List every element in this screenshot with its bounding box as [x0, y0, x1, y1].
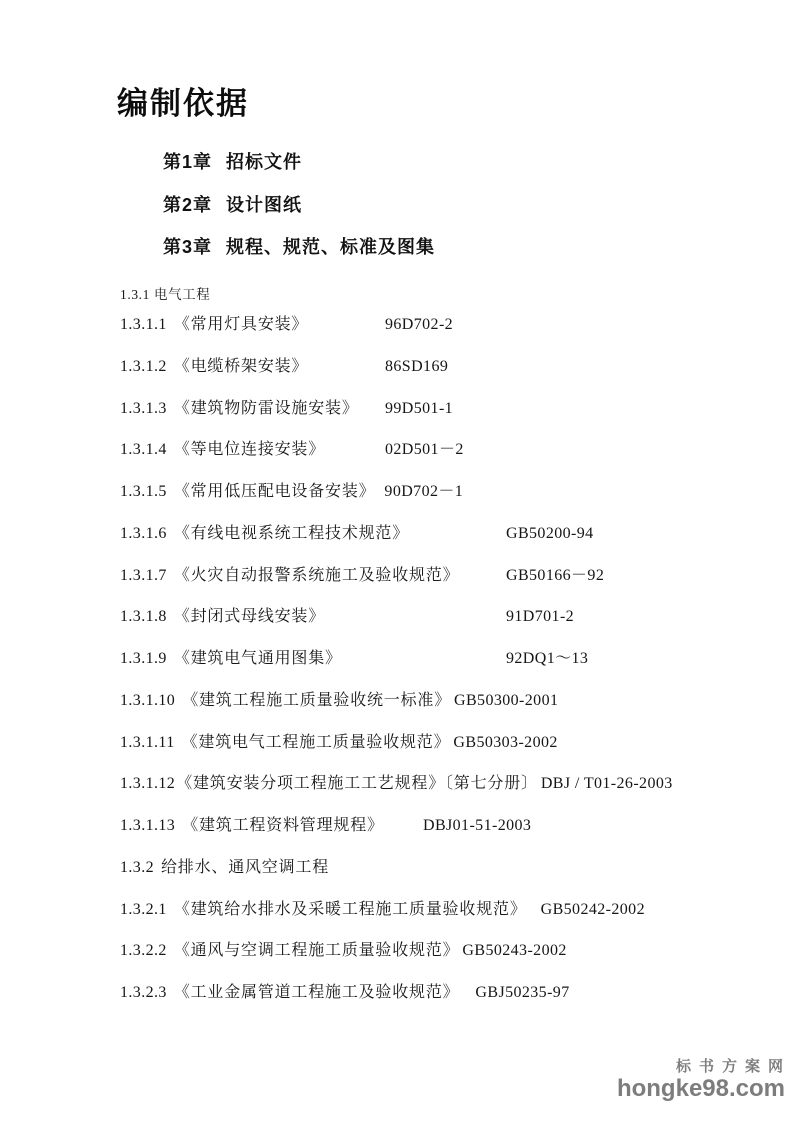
standard-number: 1.3.1.3 [120, 400, 167, 417]
standard-name: 《通风与空调工程施工质量验收规范》 [174, 942, 460, 959]
chapter-number: 第2章 [163, 195, 212, 215]
standard-code: 92DQ1～13 [506, 638, 588, 680]
standard-line: 1.3.1.11《建筑电气工程施工质量验收规范》GB50303-2002 [120, 722, 780, 764]
standard-name: 《等电位连接安装》 [174, 441, 325, 458]
standard-number: 1.3.1.5 [120, 483, 167, 500]
standard-name: 《火灾自动报警系统施工及验收规范》 [174, 567, 460, 584]
standard-code: GB50200-94 [506, 513, 594, 555]
standard-number: 1.3.2.3 [120, 984, 167, 1001]
section-number: 1.3.2 [120, 859, 154, 876]
standard-number: 1.3.1.9 [120, 650, 167, 667]
standard-line: 1.3.1.8《封闭式母线安装》91D701-2 [120, 596, 780, 638]
chapter-heading-1: 第1章招标文件 [163, 141, 435, 184]
standard-name: 《有线电视系统工程技术规范》 [174, 525, 409, 542]
standard-line: 1.3.1.6《有线电视系统工程技术规范》GB50200-94 [120, 513, 780, 555]
standard-name: 《建筑工程资料管理规程》 [182, 817, 384, 834]
chapter-title: 规程、规范、标准及图集 [226, 237, 435, 257]
standard-name: 《建筑工程施工质量验收统一标准》 [182, 692, 451, 709]
standard-line: 1.3.1.1《常用灯具安装》96D702-2 [120, 304, 780, 346]
watermark: 标书方案网 hongke98.com [617, 1059, 785, 1101]
standard-line: 1.3.1.2《电缆桥架安装》86SD169 [120, 346, 780, 388]
standard-line: 1.3.1.13《建筑工程资料管理规程》DBJ01-51-2003 [120, 805, 780, 847]
standard-number: 1.3.1.7 [120, 567, 167, 584]
standard-code: GB50242-2002 [541, 901, 645, 918]
standard-number: 1.3.1.8 [120, 608, 167, 625]
section-heading-plumbing-hvac: 1.3.2给排水、通风空调工程 [120, 847, 780, 889]
standards-list: 1.3.1.1《常用灯具安装》96D702-2 1.3.1.2《电缆桥架安装》8… [120, 304, 780, 1014]
standard-number: 1.3.1.2 [120, 358, 167, 375]
standard-number: 1.3.1.4 [120, 441, 167, 458]
chapter-number: 第1章 [163, 152, 212, 172]
standard-number: 1.3.1.11 [120, 734, 175, 751]
standard-line: 1.3.2.1《建筑给水排水及采暖工程施工质量验收规范》GB50242-2002 [120, 889, 780, 931]
standard-number: 1.3.1.12 [120, 775, 175, 792]
chapter-heading-3: 第3章规程、规范、标准及图集 [163, 226, 435, 269]
standard-code: 96D702-2 [385, 304, 453, 346]
standard-line: 1.3.1.10《建筑工程施工质量验收统一标准》GB50300-2001 [120, 680, 780, 722]
standard-line: 1.3.1.9《建筑电气通用图集》92DQ1～13 [120, 638, 780, 680]
chapter-title: 设计图纸 [226, 195, 302, 215]
standard-name: 《常用低压配电设备安装》 [174, 483, 376, 500]
standard-name: 《常用灯具安装》 [174, 316, 308, 333]
standard-code: DBJ01-51-2003 [423, 805, 531, 847]
watermark-site-name: 标书方案网 [617, 1059, 791, 1075]
page-title: 编制依据 [117, 78, 249, 123]
standard-line: 1.3.2.2《通风与空调工程施工质量验收规范》GB50243-2002 [120, 930, 780, 972]
standard-code: 91D701-2 [506, 596, 574, 638]
standard-number: 1.3.2.2 [120, 942, 167, 959]
standard-code: GB50300-2001 [454, 692, 558, 709]
section-title: 给排水、通风空调工程 [161, 859, 329, 876]
standard-code: GBJ50235-97 [475, 984, 569, 1001]
standard-name: 《建筑电气工程施工质量验收规范》 [182, 734, 451, 751]
chapter-heading-2: 第2章设计图纸 [163, 184, 435, 227]
standard-code: 86SD169 [385, 346, 448, 388]
standard-line: 1.3.1.12《建筑安装分项工程施工工艺规程》〔第七分册〕DBJ / T01-… [120, 763, 780, 805]
standard-name: 《建筑安装分项工程施工工艺规程》〔第七分册〕 [176, 775, 538, 792]
standard-number: 1.3.1.1 [120, 316, 167, 333]
standard-name: 《工业金属管道工程施工及验收规范》 [174, 984, 460, 1001]
standard-name: 《建筑物防雷设施安装》 [174, 400, 359, 417]
standard-name: 《电缆桥架安装》 [174, 358, 308, 375]
chapter-number: 第3章 [163, 237, 212, 257]
standard-line: 1.3.1.5《常用低压配电设备安装》90D702－1 [120, 471, 780, 513]
standard-code: GB50243-2002 [462, 942, 566, 959]
standard-code: 90D702－1 [384, 483, 463, 500]
watermark-site-url: hongke98.com [617, 1076, 785, 1101]
standard-line: 1.3.1.7《火灾自动报警系统施工及验收规范》GB50166－92 [120, 555, 780, 597]
standard-number: 1.3.1.13 [120, 817, 175, 834]
standard-name: 《建筑电气通用图集》 [174, 650, 342, 667]
chapter-list: 第1章招标文件 第2章设计图纸 第3章规程、规范、标准及图集 [163, 141, 435, 269]
standard-line: 1.3.2.3《工业金属管道工程施工及验收规范》GBJ50235-97 [120, 972, 780, 1014]
standard-number: 1.3.1.10 [120, 692, 175, 709]
standard-code: 02D501－2 [385, 429, 464, 471]
standard-number: 1.3.2.1 [120, 901, 167, 918]
standard-code: DBJ / T01-26-2003 [541, 775, 673, 792]
standard-code: GB50303-2002 [453, 734, 557, 751]
standard-number: 1.3.1.6 [120, 525, 167, 542]
document-page: 编制依据 第1章招标文件 第2章设计图纸 第3章规程、规范、标准及图集 1.3.… [0, 0, 793, 1122]
standard-name: 《建筑给水排水及采暖工程施工质量验收规范》 [174, 901, 527, 918]
chapter-title: 招标文件 [226, 152, 302, 172]
standard-line: 1.3.1.4《等电位连接安装》02D501－2 [120, 429, 780, 471]
standard-line: 1.3.1.3《建筑物防雷设施安装》99D501-1 [120, 388, 780, 430]
standard-code: 99D501-1 [385, 388, 453, 430]
section-heading-electrical: 1.3.1 电气工程 [120, 283, 210, 303]
standard-code: GB50166－92 [506, 555, 604, 597]
standard-name: 《封闭式母线安装》 [174, 608, 325, 625]
